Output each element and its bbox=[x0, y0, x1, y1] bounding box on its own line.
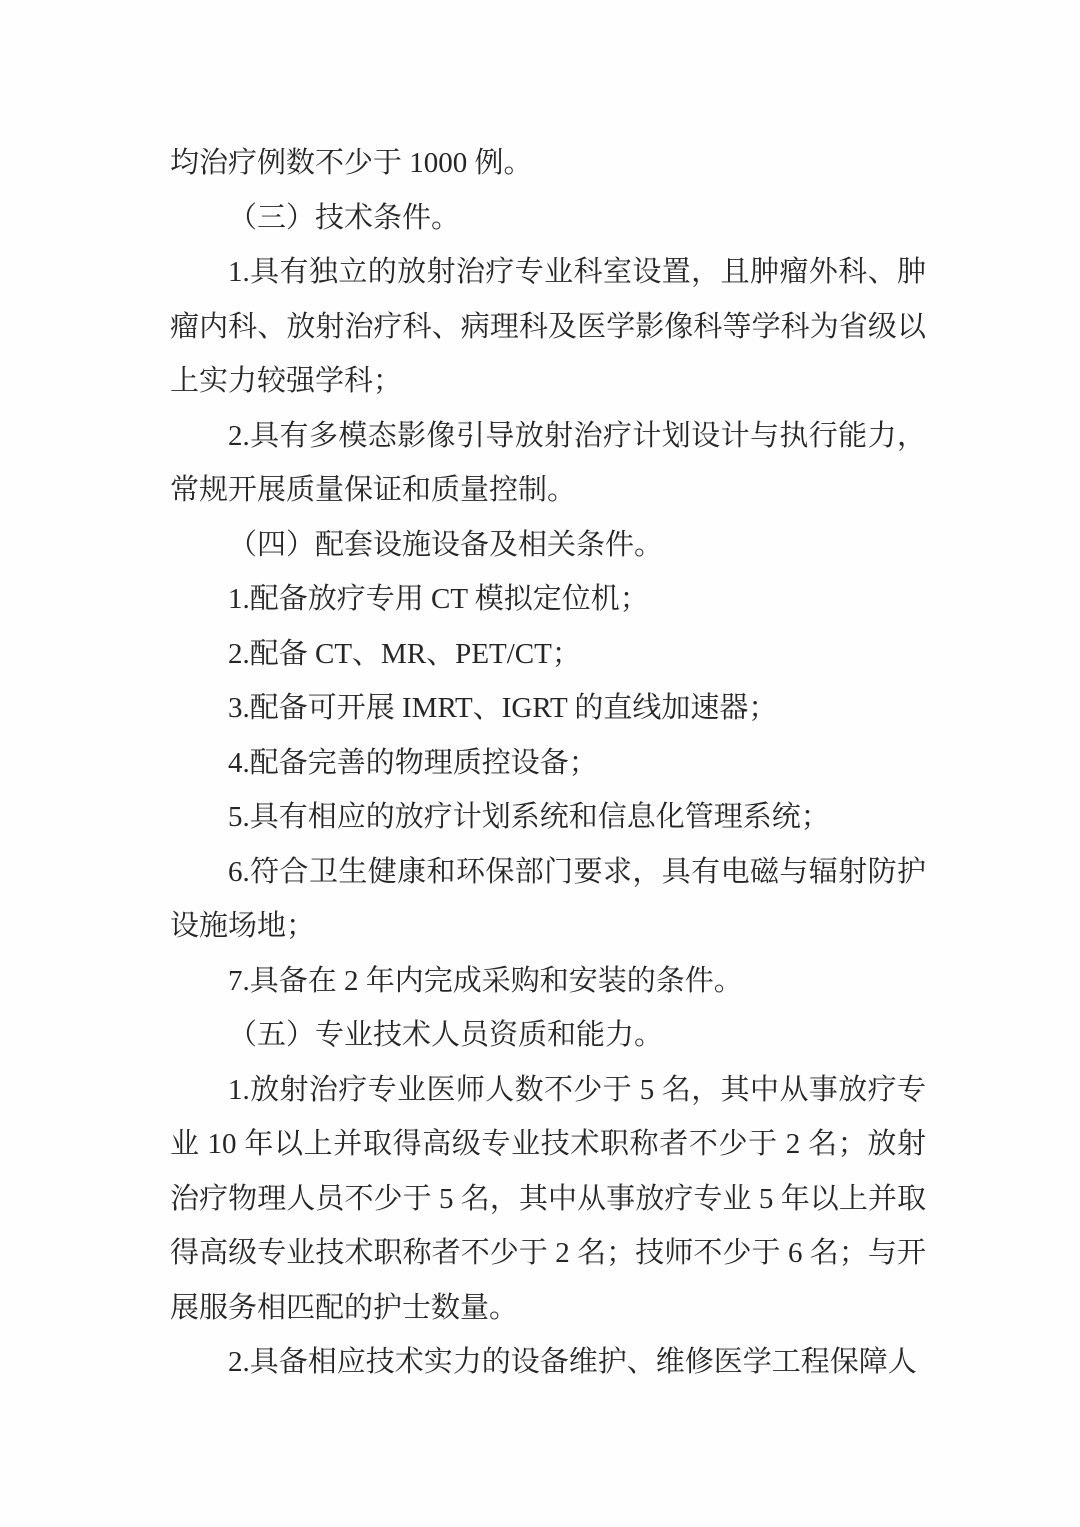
section-heading-3: （三）技术条件。 bbox=[170, 191, 926, 246]
paragraph-continuation: 均治疗例数不少于 1000 例。 bbox=[170, 136, 926, 191]
paragraph-equip-item-7: 7.具备在 2 年内完成采购和安装的条件。 bbox=[170, 954, 926, 1009]
paragraph-equip-item-3: 3.配备可开展 IMRT、IGRT 的直线加速器； bbox=[170, 681, 926, 736]
paragraph-tech-item-2: 2.具有多模态影像引导放射治疗计划设计与执行能力，常规开展质量保证和质量控制。 bbox=[170, 409, 926, 518]
section-heading-5: （五）专业技术人员资质和能力。 bbox=[170, 1008, 926, 1063]
paragraph-equip-item-5: 5.具有相应的放疗计划系统和信息化管理系统； bbox=[170, 790, 926, 845]
document-page: 均治疗例数不少于 1000 例。 （三）技术条件。 1.具有独立的放射治疗专业科… bbox=[0, 0, 1080, 1527]
section-heading-4: （四）配套设施设备及相关条件。 bbox=[170, 518, 926, 573]
paragraph-equip-item-6: 6.符合卫生健康和环保部门要求，具有电磁与辐射防护设施场地； bbox=[170, 845, 926, 954]
paragraph-equip-item-2: 2.配备 CT、MR、PET/CT； bbox=[170, 627, 926, 682]
document-text-block: 均治疗例数不少于 1000 例。 （三）技术条件。 1.具有独立的放射治疗专业科… bbox=[170, 136, 926, 1390]
paragraph-staff-item-1: 1.放射治疗专业医师人数不少于 5 名，其中从事放疗专业 10 年以上并取得高级… bbox=[170, 1063, 926, 1336]
paragraph-equip-item-1: 1.配备放疗专用 CT 模拟定位机； bbox=[170, 572, 926, 627]
paragraph-staff-item-2: 2.具备相应技术实力的设备维护、维修医学工程保障人 bbox=[170, 1335, 926, 1390]
paragraph-tech-item-1: 1.具有独立的放射治疗专业科室设置，且肿瘤外科、肿瘤内科、放射治疗科、病理科及医… bbox=[170, 245, 926, 409]
paragraph-equip-item-4: 4.配备完善的物理质控设备； bbox=[170, 736, 926, 791]
